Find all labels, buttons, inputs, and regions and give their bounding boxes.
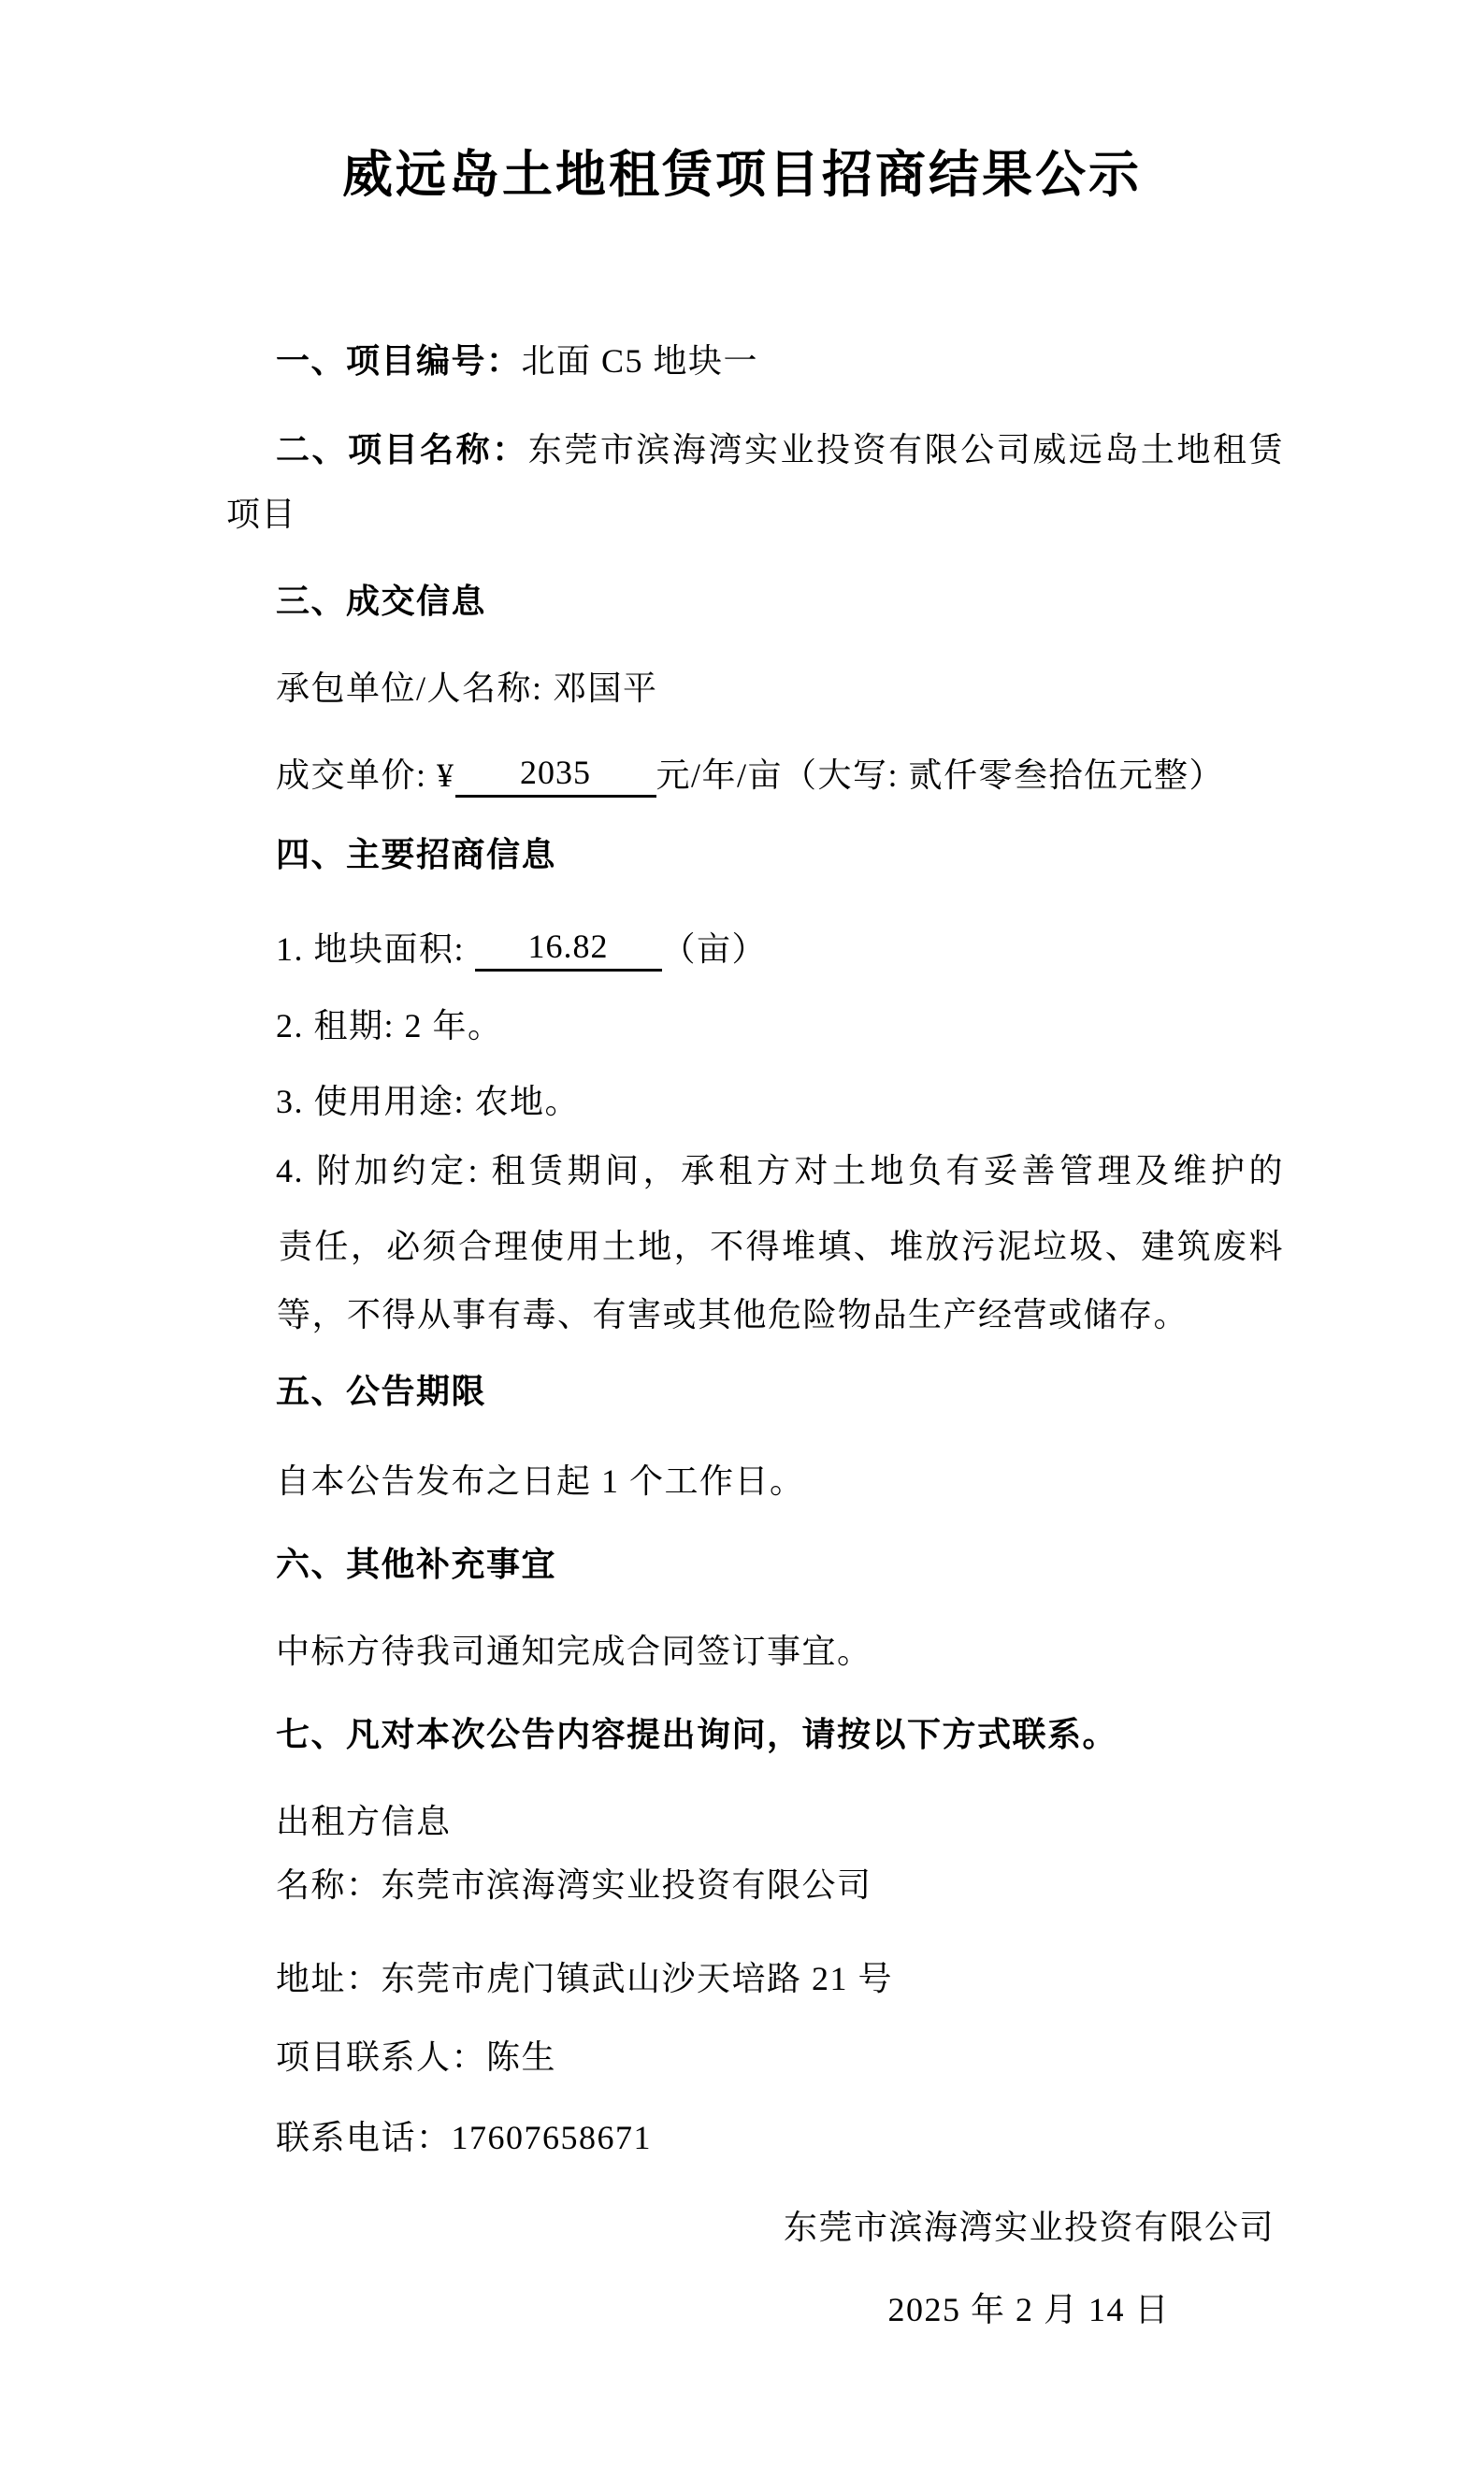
line-lessor-phone: 联系电话：17607658671 [276, 2116, 652, 2160]
line-lease-term: 2. 租期: 2 年。 [276, 1004, 503, 1048]
line-usage: 3. 使用用途: 农地。 [276, 1080, 580, 1124]
line-project-number: 一、项目编号：北面 C5 地块一 [276, 339, 758, 383]
deal-price-label: 成交单价: [276, 756, 437, 794]
line-notice-period: 自本公告发布之日起 1 个工作日。 [276, 1460, 805, 1504]
line-deal-price: 成交单价: ¥2035元/年/亩（大写: 贰仟零叁拾伍元整） [276, 751, 1224, 798]
signature-company: 东莞市滨海湾实业投资有限公司 [784, 2206, 1275, 2250]
heading-tender-info: 四、主要招商信息 [276, 833, 556, 877]
heading-contact: 七、凡对本次公告内容提出询问，请按以下方式联系。 [276, 1713, 1117, 1757]
project-number-value: 北面 C5 地块一 [522, 342, 759, 380]
line-clause-1: 4. 附加约定: 租赁期间，承租方对土地负有妥善管理及维护的 [276, 1149, 1284, 1193]
deal-price-value: 2035 [455, 751, 656, 798]
heading-deal-info: 三、成交信息 [276, 580, 486, 624]
signature-date: 2025 年 2 月 14 日 [887, 2288, 1170, 2332]
land-area-value: 16.82 [475, 925, 662, 972]
line-project-name-continued: 项目 [226, 493, 296, 537]
line-land-area: 1. 地块面积: 16.82（亩） [276, 925, 767, 972]
land-area-suffix: （亩） [662, 930, 768, 968]
land-area-label: 1. 地块面积: [276, 930, 475, 968]
line-project-name: 二、项目名称：东莞市滨海湾实业投资有限公司威远岛土地租赁 [276, 428, 1284, 472]
announcement-page: 威远岛土地租赁项目招商结果公示 一、项目编号：北面 C5 地块一 二、项目名称：… [0, 0, 1484, 2477]
project-name-continued: 项目 [226, 496, 296, 533]
heading-supplement: 六、其他补充事宜 [276, 1543, 556, 1587]
currency-symbol: ¥ [437, 756, 455, 794]
line-clause-3: 等，不得从事有毒、有害或其他危险物品生产经营或储存。 [277, 1293, 1189, 1337]
line-supplement: 中标方待我司通知完成合同签订事宜。 [276, 1630, 872, 1674]
deal-price-suffix: 元/年/亩（大写: 贰仟零叁拾伍元整） [656, 756, 1225, 794]
project-name-label: 二、项目名称： [276, 431, 528, 468]
line-contractor: 承包单位/人名称: 邓国平 [276, 667, 658, 711]
line-lessor-address: 地址：东莞市虎门镇武山沙天培路 21 号 [276, 1957, 893, 2001]
line-lessor-name: 名称：东莞市滨海湾实业投资有限公司 [276, 1864, 872, 1908]
project-number-label: 一、项目编号： [276, 342, 522, 380]
line-lessor-contact: 项目联系人：陈生 [276, 2036, 556, 2080]
line-clause-2: 责任，必须合理使用土地，不得堆填、堆放污泥垃圾、建筑废料 [279, 1225, 1284, 1269]
project-name-value: 东莞市滨海湾实业投资有限公司威远岛土地租赁 [528, 431, 1284, 468]
line-lessor-title: 出租方信息 [276, 1800, 452, 1844]
heading-notice-period: 五、公告期限 [276, 1370, 486, 1414]
document-title: 威远岛土地租赁项目招商结果公示 [0, 142, 1484, 208]
